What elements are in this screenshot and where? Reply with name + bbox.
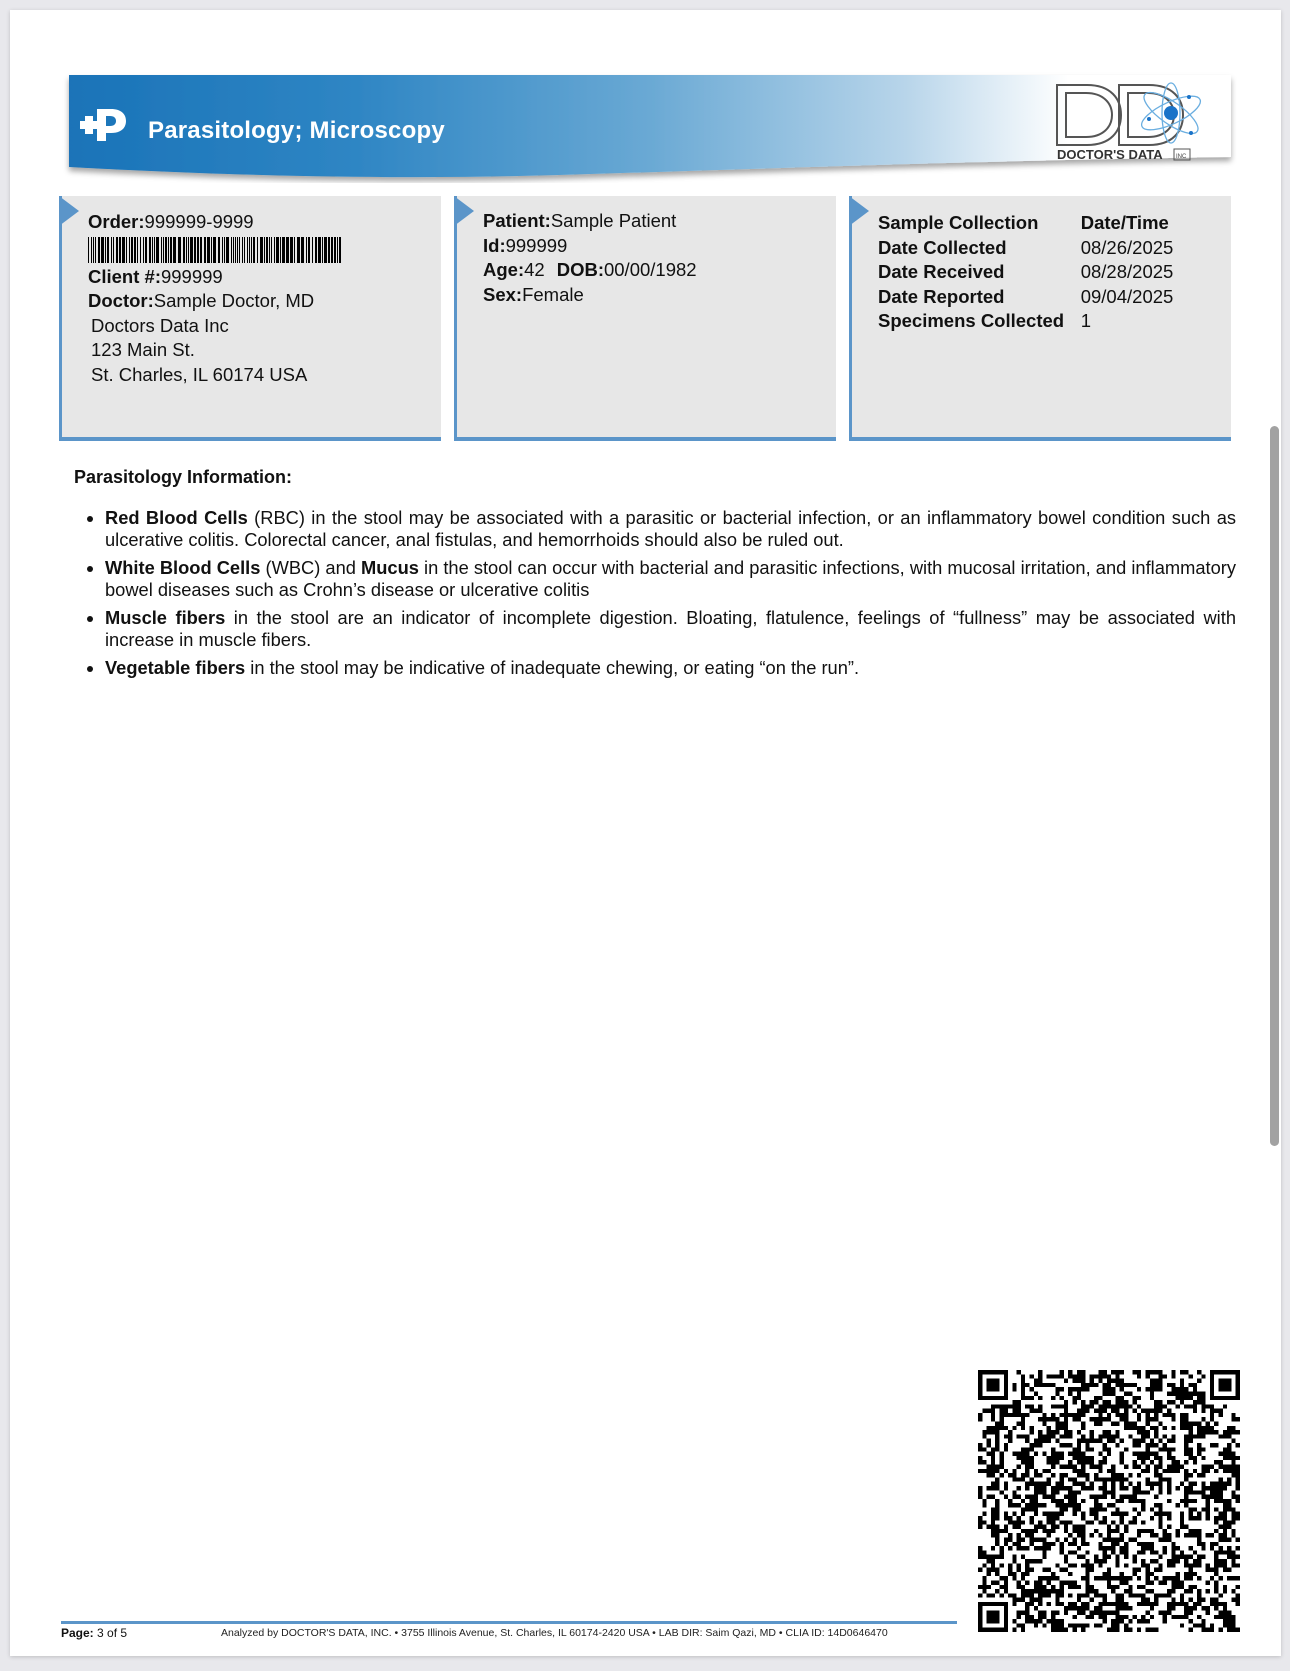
age-label: Age: [483,259,524,280]
info-term: Vegetable fibers [105,657,245,678]
info-bullet-item: Vegetable fibers in the stool may be ind… [74,657,1236,679]
date-collected-label: Date Collected [878,236,1081,261]
collection-header-row: Sample Collection Date/Time [878,211,1231,236]
age-dob-row: Age:42DOB:00/00/1982 [483,258,697,283]
page-title: Parasitology; Microscopy [148,117,445,145]
info-term: Mucus [361,557,419,578]
doctor-value: Sample Doctor, MD [154,290,314,311]
svg-text:INC: INC [1176,154,1187,160]
doctor-label: Doctor: [88,290,154,311]
doctor-row: Doctor:Sample Doctor, MD [88,289,344,314]
info-text: in the stool may be indicative of inadeq… [245,657,859,678]
date-reported-label: Date Reported [878,285,1081,310]
date-received-label: Date Received [878,260,1081,285]
collection-row: Date Reported 09/04/2025 [878,285,1231,310]
info-bullet-list: Red Blood Cells (RBC) in the stool may b… [74,507,1236,685]
id-value: 999999 [506,235,568,256]
info-term: Red Blood Cells [105,507,248,528]
client-label: Client #: [88,266,161,287]
age-value: 42 [524,259,545,280]
info-bullet-item: Red Blood Cells (RBC) in the stool may b… [74,507,1236,551]
patient-label: Patient: [483,210,551,231]
info-bullet-item: Muscle fibers in the stool are an indica… [74,607,1236,651]
patient-value: Sample Patient [551,210,676,231]
page-label: Page: [61,1626,94,1640]
parasitology-plus-p-icon [79,107,127,143]
info-section-title: Parasitology Information: [74,467,292,488]
qr-code [978,1370,1240,1632]
address-line: Doctors Data Inc [88,314,344,339]
collection-row: Specimens Collected 1 [878,309,1231,334]
order-value: 999999-9999 [145,211,254,232]
sex-label: Sex: [483,284,522,305]
order-info-box: Order:999999-9999 Client #:999999 Doctor… [59,196,441,441]
doctors-data-logo: DOCTOR'S DATA INC [1049,75,1221,163]
dob-label: DOB: [557,259,604,280]
id-label: Id: [483,235,506,256]
collection-header-left: Sample Collection [878,211,1081,236]
svg-text:DOCTOR'S DATA: DOCTOR'S DATA [1057,147,1163,162]
specimens-collected-value: 1 [1081,309,1231,334]
specimens-collected-label: Specimens Collected [878,309,1081,334]
collection-row: Date Received 08/28/2025 [878,260,1231,285]
box-marker-icon [849,196,869,226]
sex-value: Female [522,284,584,305]
collection-header-right: Date/Time [1081,211,1231,236]
info-term: White Blood Cells [105,557,260,578]
info-bullet-item: White Blood Cells (WBC) and Mucus in the… [74,557,1236,601]
id-row: Id:999999 [483,234,697,259]
collection-info-box: Sample Collection Date/Time Date Collect… [849,196,1231,441]
footer-divider [61,1621,957,1624]
address-line: St. Charles, IL 60174 USA [88,363,344,388]
info-text: (RBC) in the stool may be associated wit… [105,507,1236,550]
section-banner: Parasitology; Microscopy DOCTOR'S DATA I… [59,65,1237,183]
report-page: Parasitology; Microscopy DOCTOR'S DATA I… [10,10,1281,1656]
footer-lab-info: Analyzed by DOCTOR'S DATA, INC. • 3755 I… [221,1627,888,1639]
info-term: Muscle fibers [105,607,225,628]
sex-row: Sex:Female [483,283,697,308]
collection-row: Date Collected 08/26/2025 [878,236,1231,261]
dob-value: 00/00/1982 [604,259,697,280]
box-marker-icon [454,196,474,226]
order-barcode [88,237,344,263]
order-row: Order:999999-9999 [88,210,344,235]
collection-table: Sample Collection Date/Time Date Collect… [878,211,1231,334]
client-value: 999999 [161,266,223,287]
page-value: 3 of 5 [97,1626,127,1640]
order-label: Order: [88,211,145,232]
patient-info-box: Patient:Sample Patient Id:999999 Age:42D… [454,196,836,441]
page-number: Page: 3 of 5 [61,1626,127,1640]
address-line: 123 Main St. [88,338,344,363]
box-marker-icon [59,196,79,226]
date-received-value: 08/28/2025 [1081,260,1231,285]
client-row: Client #:999999 [88,265,344,290]
info-text: in the stool are an indicator of incompl… [105,607,1236,650]
patient-row: Patient:Sample Patient [483,209,697,234]
date-reported-value: 09/04/2025 [1081,285,1231,310]
date-collected-value: 08/26/2025 [1081,236,1231,261]
vertical-scrollbar[interactable] [1270,426,1279,1146]
info-text: (WBC) and [260,557,361,578]
